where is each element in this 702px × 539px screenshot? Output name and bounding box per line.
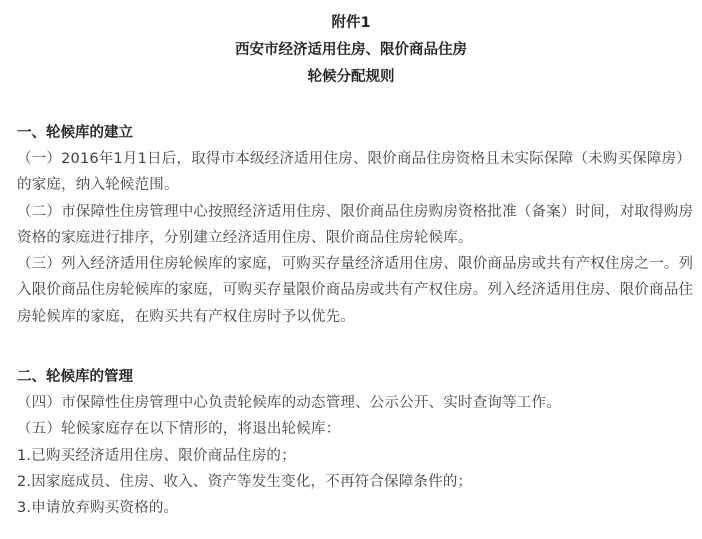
document-title: 西安市经济适用住房、限价商品住房 [0, 40, 702, 60]
paragraph: （三）列入经济适用住房轮候库的家庭，可购买存量经济适用住房、限价商品房或共有产权… [17, 251, 697, 330]
list-item: 3.申请放弃购买资格的。 [17, 495, 697, 521]
paragraph: （五）轮候家庭存在以下情形的，将退出轮候库： [17, 416, 697, 442]
list-item: 2.因家庭成员、住房、收入、资产等发生变化，不再符合保障条件的； [17, 469, 697, 495]
attachment-label: 附件1 [0, 13, 702, 33]
paragraph: （四）市保障性住房管理中心负责轮候库的动态管理、公示公开、实时查询等工作。 [17, 390, 697, 416]
section-heading: 二、轮候库的管理 [17, 364, 697, 390]
document-subtitle: 轮候分配规则 [0, 67, 702, 87]
section-heading: 一、轮候库的建立 [17, 120, 697, 146]
paragraph: （二）市保障性住房管理中心按照经济适用住房、限价商品住房购房资格批准（备案）时间… [17, 199, 697, 252]
section-management: 二、轮候库的管理 （四）市保障性住房管理中心负责轮候库的动态管理、公示公开、实时… [17, 364, 697, 521]
section-establishment: 一、轮候库的建立 （一）2016年1月1日后，取得市本级经济适用住房、限价商品住… [17, 120, 697, 330]
paragraph: （一）2016年1月1日后，取得市本级经济适用住房、限价商品住房资格且未实际保障… [17, 146, 697, 199]
list-item: 1.已购买经济适用住房、限价商品住房的； [17, 443, 697, 469]
